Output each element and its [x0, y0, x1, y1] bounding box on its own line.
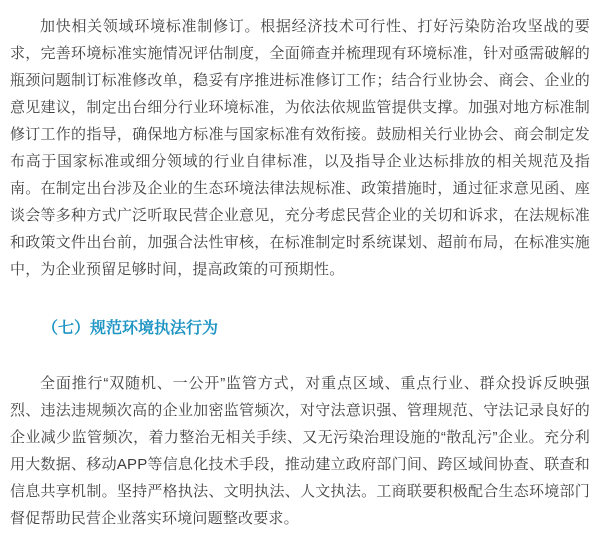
section-heading-seven: （七）规范环境执法行为	[10, 315, 590, 342]
article-body: 加快相关领域环境标准制修订。根据经济技术可行性、打好污染防治攻坚战的要求，完善环…	[0, 0, 600, 552]
paragraph-enforcement-regulation: 全面推行“双随机、一公开”监管方式，对重点区域、重点行业、群众投诉反映强烈、违法…	[10, 370, 590, 532]
paragraph-environment-standards: 加快相关领域环境标准制修订。根据经济技术可行性、打好污染防治攻坚战的要求，完善环…	[10, 13, 590, 283]
